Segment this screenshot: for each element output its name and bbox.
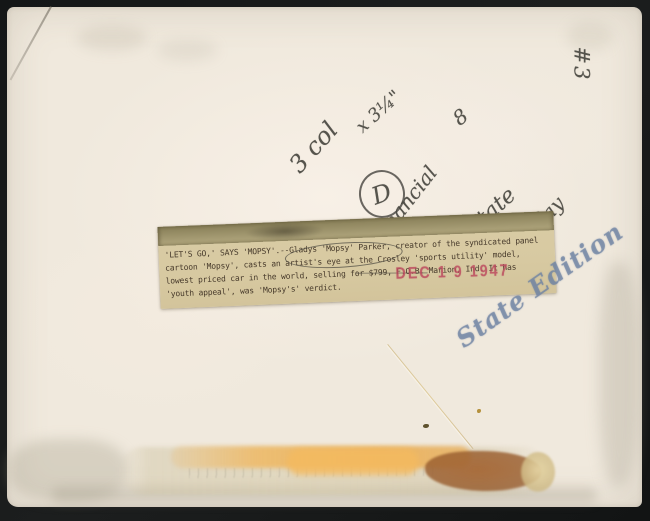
paper-smudge [77,25,147,51]
glue-stain-orange-blob [287,449,419,475]
glue-stain [119,443,547,501]
pencil-photo-number: #3 [569,47,593,82]
glue-stain-tip [521,452,555,492]
date-stamp: DEC 1 9 1947 [395,260,510,282]
caption-clipping: 'LET'S GO,' SAYS 'MOPSY'.--Gladys 'Mopsy… [158,211,557,309]
corner-crease [10,6,52,80]
postmark-smudge [245,221,324,241]
photo-back-paper: 3 col x 3¼" D financial 8 State Friday #… [7,7,642,507]
pencil-note-figure: 8 [448,104,473,131]
pencil-note-columns: 3 col [284,116,344,178]
dirt-speck [477,409,481,413]
dirt-speck [423,424,429,428]
edge-stain-right [599,262,639,487]
paper-smudge [157,39,217,61]
scan-background: 3 col x 3¼" D financial 8 State Friday #… [0,0,650,521]
scratch-line [387,344,474,449]
pencil-note-size: x 3¼" [352,86,405,137]
